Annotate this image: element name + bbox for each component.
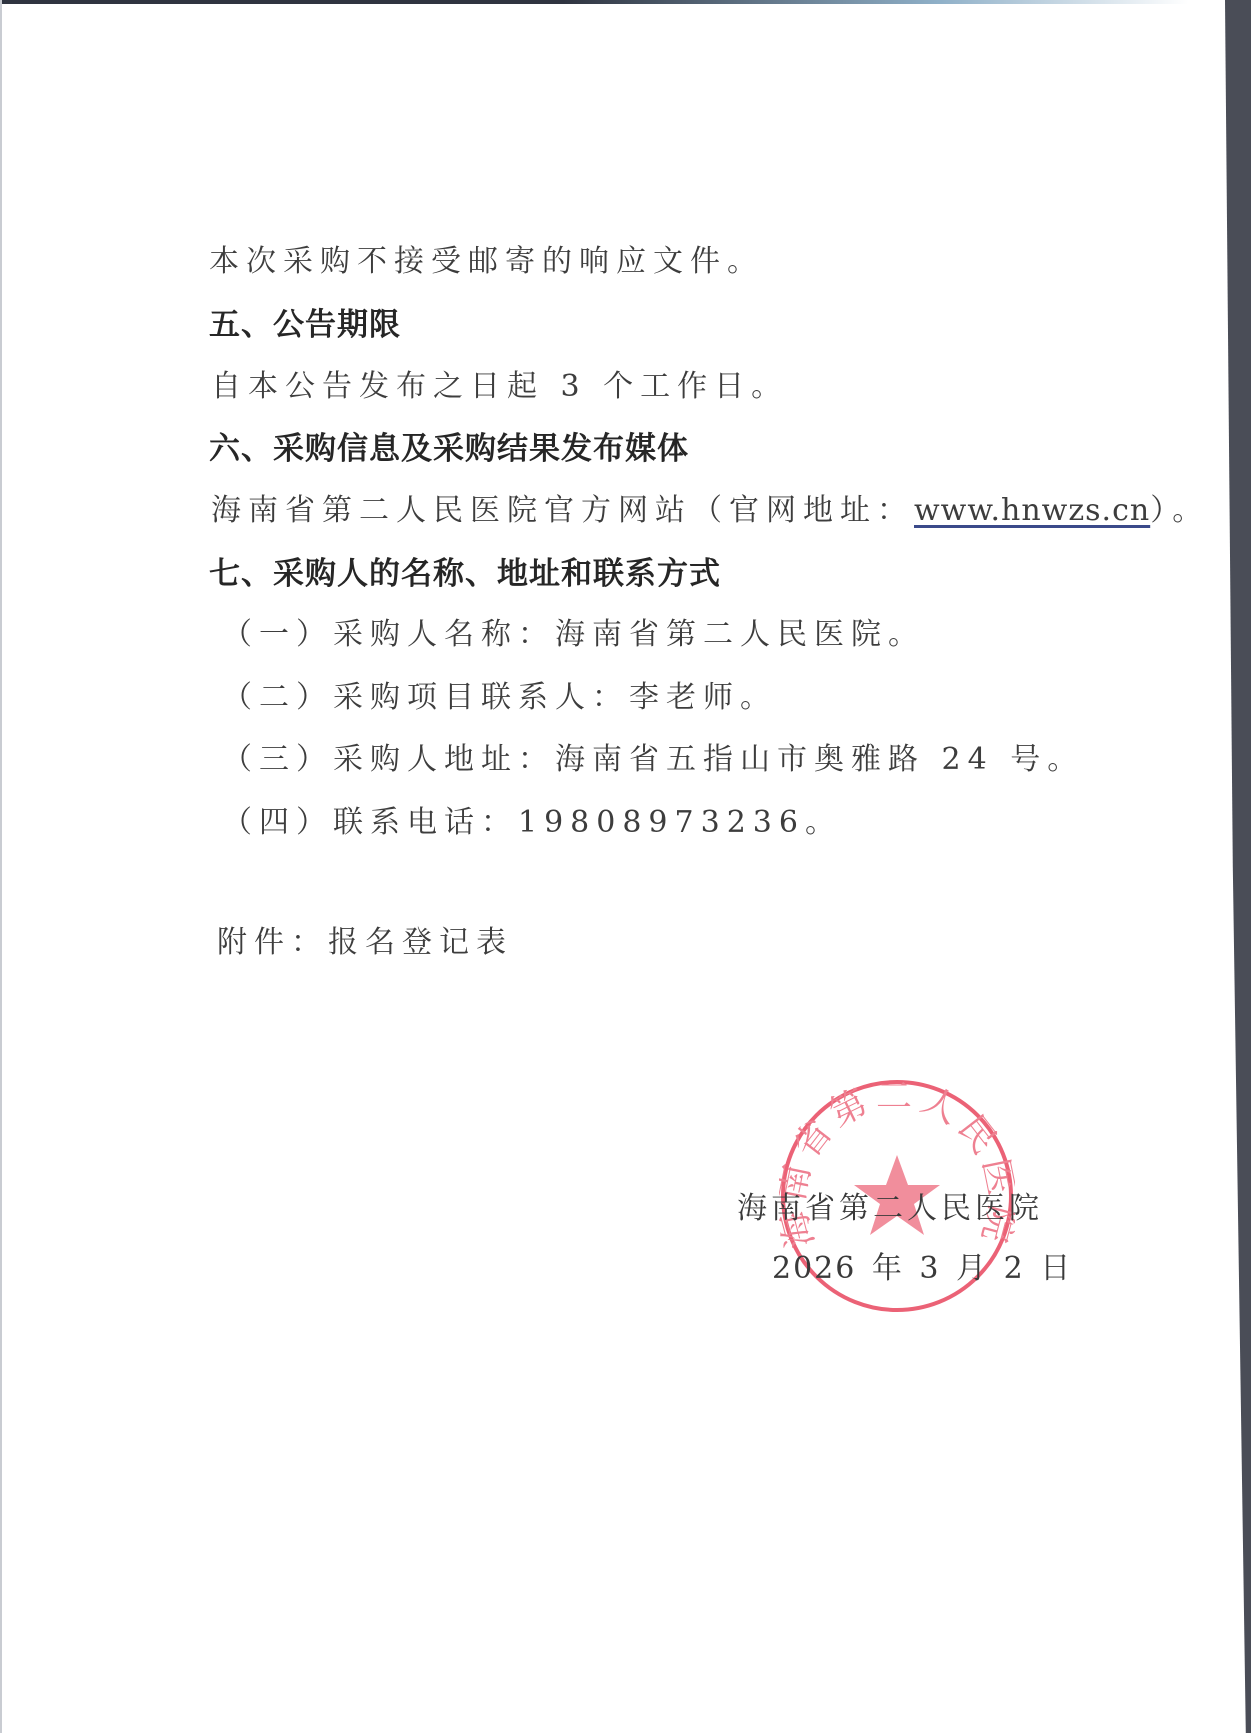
document-page: 本次采购不接受邮寄的响应文件。 五、公告期限 自本公告发布之日起 3 个工作日。… (0, 0, 1225, 1733)
contact-item-value: 海南省五指山市奥雅路 24 号。 (555, 742, 1084, 777)
section-7-heading: 七、采购人的名称、地址和联系方式 (209, 556, 721, 592)
section-5-heading: 五、公告期限 (209, 307, 401, 343)
contact-item-label: （三）采购人地址： (222, 742, 555, 777)
section-5-body: 自本公告发布之日起 3 个工作日。 (211, 369, 788, 405)
scan-right-edge (1225, 0, 1251, 1733)
website-link[interactable]: www.hnwzs.cn (914, 493, 1150, 528)
signature-organization: 海南省第二人民医院 (737, 1191, 1043, 1227)
attachment-label: 附件： (217, 925, 328, 960)
contact-item-label: （四）联系电话： (222, 805, 518, 840)
contact-item-label: （二）采购项目联系人： (222, 680, 629, 715)
contact-item-value: 19808973236。 (518, 805, 842, 840)
intro-line: 本次采购不接受邮寄的响应文件。 (209, 244, 764, 280)
attachment-line: 附件：报名登记表 (217, 925, 513, 961)
contact-item-phone: （四）联系电话：19808973236。 (222, 805, 842, 841)
section-6-heading: 六、采购信息及采购结果发布媒体 (209, 431, 689, 467)
section-6-body: 海南省第二人民医院官方网站（官网地址：www.hnwzs.cn）。 (211, 493, 1209, 529)
section-6-body-suffix: ）。 (1150, 493, 1209, 528)
contact-item-address: （三）采购人地址：海南省五指山市奥雅路 24 号。 (222, 742, 1084, 778)
signature-date: 2026 年 3 月 2 日 (772, 1251, 1072, 1287)
section-6-body-prefix: 海南省第二人民医院官方网站（官网地址： (211, 493, 914, 528)
contact-item-value: 李老师。 (629, 680, 777, 715)
contact-item-name: （一）采购人名称：海南省第二人民医院。 (222, 617, 925, 653)
contact-item-person: （二）采购项目联系人：李老师。 (222, 680, 777, 716)
contact-item-value: 海南省第二人民医院。 (555, 617, 925, 652)
contact-item-label: （一）采购人名称： (222, 617, 555, 652)
attachment-value[interactable]: 报名登记表 (328, 925, 513, 960)
